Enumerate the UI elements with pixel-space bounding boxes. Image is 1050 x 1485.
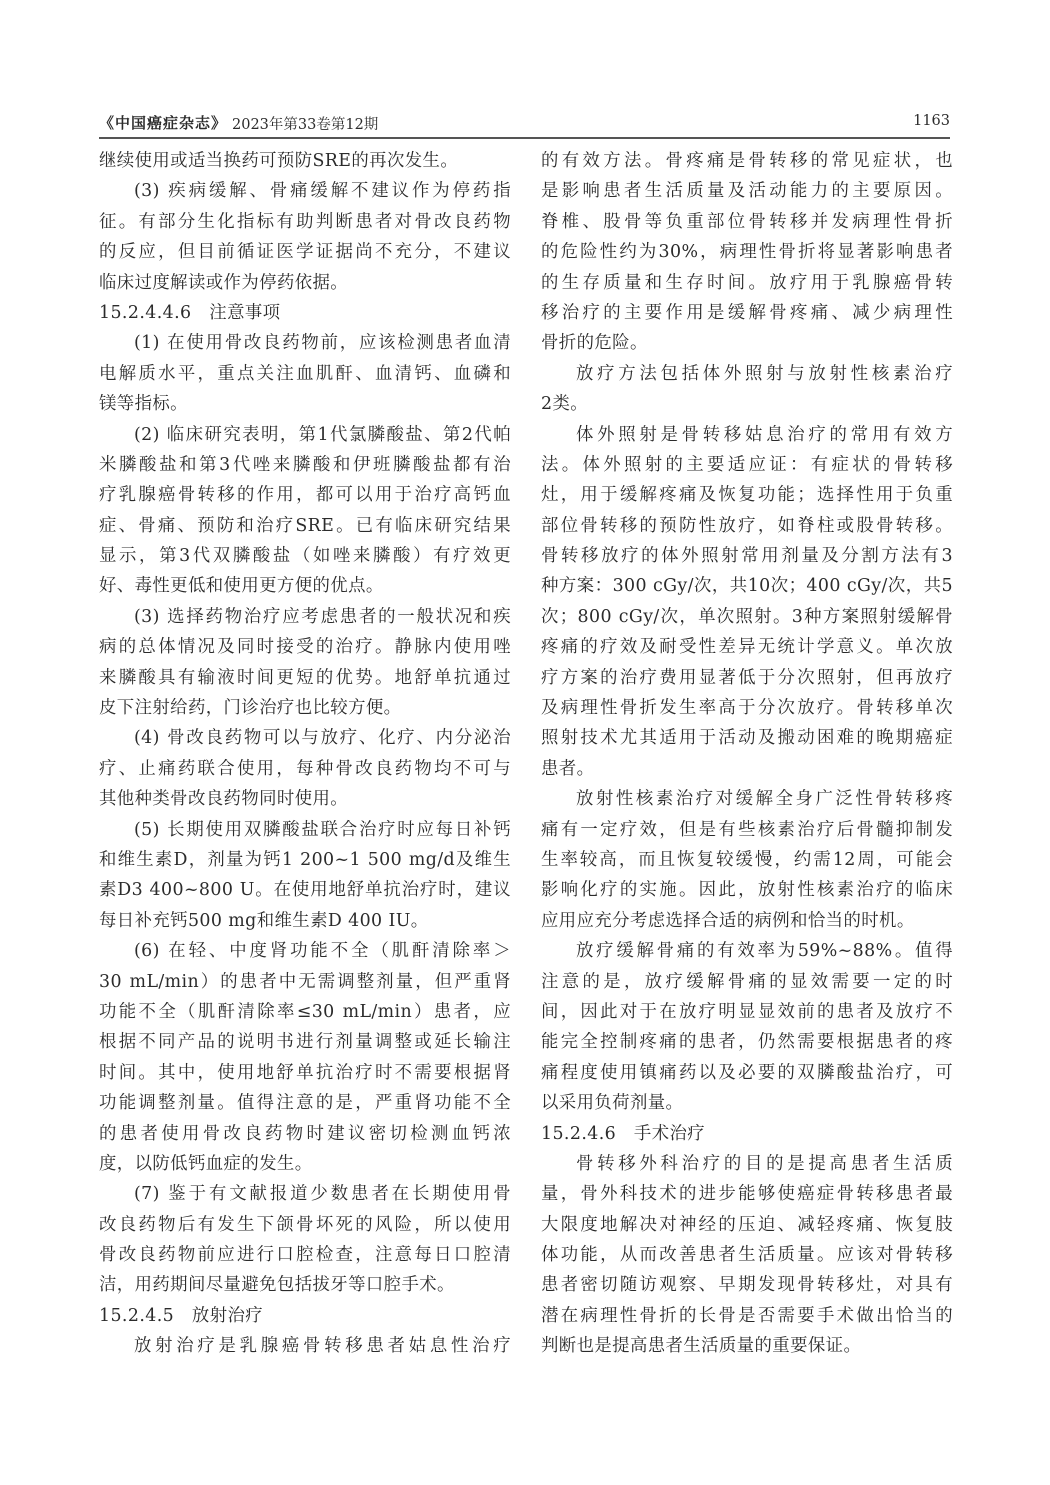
text-line: 放射治疗是乳腺癌骨转移患者姑息性治疗: [99, 1331, 511, 1361]
text-line: 的危险性约为30%，病理性骨折将显著影响患者: [541, 237, 953, 267]
text-line: 体功能，从而改善患者生活质量。应该对骨转移: [541, 1240, 953, 1270]
text-line: 洁，用药期间尽量避免包括拔牙等口腔手术。: [99, 1270, 511, 1300]
text-line: 2类。: [541, 389, 953, 419]
text-line: 功能调整剂量。值得注意的是，严重肾功能不全: [99, 1088, 511, 1118]
section-heading: 15.2.4.4.6 注意事项: [99, 298, 511, 328]
text-line: 次；800 cGy/次，单次照射。3种方案照射缓解骨: [541, 602, 953, 632]
text-line: 骨转移外科治疗的目的是提高患者生活质: [541, 1149, 953, 1179]
text-line: 疗方案的治疗费用显著低于分次照射，但再放疗: [541, 663, 953, 693]
text-line: 放射性核素治疗对缓解全身广泛性骨转移疼: [541, 784, 953, 814]
text-line: 灶，用于缓解疼痛及恢复功能；选择性用于负重: [541, 480, 953, 510]
text-line: 法。体外照射的主要适应证：有症状的骨转移: [541, 450, 953, 480]
text-line: 放疗方法包括体外照射与放射性核素治疗: [541, 359, 953, 389]
header-rule: [99, 137, 950, 139]
running-header: 《中国癌症杂志》 2023年第33卷第12期 1163: [99, 112, 950, 134]
text-line: 疗、止痛药联合使用，每种骨改良药物均不可与: [99, 754, 511, 784]
text-line: 种方案：300 cGy/次，共10次；400 cGy/次，共5: [541, 571, 953, 601]
text-line: 30 mL/min）的患者中无需调整剂量，但严重肾: [99, 967, 511, 997]
text-line: 素D3 400~800 U。在使用地舒单抗治疗时，建议: [99, 875, 511, 905]
text-line: 的生存质量和生存时间。放疗用于乳腺癌骨转: [541, 268, 953, 298]
text-line: 和维生素D，剂量为钙1 200~1 500 mg/d及维生: [99, 845, 511, 875]
left-column: 继续使用或适当换药可预防SRE的再次发生。(3) 疾病缓解、骨痛缓解不建议作为停…: [99, 146, 511, 1362]
text-line: 皮下注射给药，门诊治疗也比较方便。: [99, 693, 511, 723]
text-line: (3) 选择药物治疗应考虑患者的一般状况和疾: [99, 602, 511, 632]
text-line: 来膦酸具有输液时间更短的优势。地舒单抗通过: [99, 663, 511, 693]
text-line: (3) 疾病缓解、骨痛缓解不建议作为停药指: [99, 176, 511, 206]
text-line: 间，因此对于在放疗明显显效前的患者及放疗不: [541, 997, 953, 1027]
text-line: 潜在病理性骨折的长骨是否需要手术做出恰当的: [541, 1301, 953, 1331]
text-line: 脊椎、股骨等负重部位骨转移并发病理性骨折: [541, 207, 953, 237]
text-line: 患者。: [541, 754, 953, 784]
text-line: 继续使用或适当换药可预防SRE的再次发生。: [99, 146, 511, 176]
text-line: 征。有部分生化指标有助判断患者对骨改良药物: [99, 207, 511, 237]
text-line: 显示，第3代双膦酸盐（如唑来膦酸）有疗效更: [99, 541, 511, 571]
text-line: 米膦酸盐和第3代唑来膦酸和伊班膦酸盐都有治: [99, 450, 511, 480]
text-line: 时间。其中，使用地舒单抗治疗时不需要根据肾: [99, 1058, 511, 1088]
text-line: 患者密切随访观察、早期发现骨转移灶，对具有: [541, 1270, 953, 1300]
text-line: 以采用负荷剂量。: [541, 1088, 953, 1118]
text-line: 骨改良药物前应进行口腔检查，注意每日口腔清: [99, 1240, 511, 1270]
text-line: 注意的是，放疗缓解骨痛的显效需要一定的时: [541, 967, 953, 997]
text-line: 根据不同产品的说明书进行剂量调整或延长输注: [99, 1027, 511, 1057]
text-line: 能完全控制疼痛的患者，仍然需要根据患者的疼: [541, 1027, 953, 1057]
text-line: 放疗缓解骨痛的有效率为59%~88%。值得: [541, 936, 953, 966]
text-line: 生率较高，而且恢复较缓慢，约需12周，可能会: [541, 845, 953, 875]
text-line: 疗乳腺癌骨转移的作用，都可以用于治疗高钙血: [99, 480, 511, 510]
text-line: 疼痛的疗效及耐受性差异无统计学意义。单次放: [541, 632, 953, 662]
text-line: 移治疗的主要作用是缓解骨疼痛、减少病理性: [541, 298, 953, 328]
text-line: 应用应充分考虑选择合适的病例和恰当的时机。: [541, 906, 953, 936]
text-line: 是影响患者生活质量及活动能力的主要原因。: [541, 176, 953, 206]
text-line: 量，骨外科技术的进步能够使癌症骨转移患者最: [541, 1179, 953, 1209]
text-line: 每日补充钙500 mg和维生素D 400 IU。: [99, 906, 511, 936]
text-line: (2) 临床研究表明，第1代氯膦酸盐、第2代帕: [99, 420, 511, 450]
text-line: (1) 在使用骨改良药物前，应该检测患者血清: [99, 328, 511, 358]
text-line: 症、骨痛、预防和治疗SRE。已有临床研究结果: [99, 511, 511, 541]
text-line: 判断也是提高患者生活质量的重要保证。: [541, 1331, 953, 1361]
text-line: 部位骨转移的预防性放疗，如脊柱或股骨转移。: [541, 511, 953, 541]
text-line: 电解质水平，重点关注血肌酐、血清钙、血磷和: [99, 359, 511, 389]
section-heading: 15.2.4.5 放射治疗: [99, 1301, 511, 1331]
text-line: 照射技术尤其适用于活动及搬动困难的晚期癌症: [541, 723, 953, 753]
text-line: 骨转移放疗的体外照射常用剂量及分割方法有3: [541, 541, 953, 571]
text-line: 的反应，但目前循证医学证据尚不充分，不建议: [99, 237, 511, 267]
text-line: 的有效方法。骨疼痛是骨转移的常见症状，也: [541, 146, 953, 176]
text-line: 镁等指标。: [99, 389, 511, 419]
text-line: 体外照射是骨转移姑息治疗的常用有效方: [541, 420, 953, 450]
text-line: (5) 长期使用双膦酸盐联合治疗时应每日补钙: [99, 815, 511, 845]
text-line: (6) 在轻、中度肾功能不全（肌酐清除率＞: [99, 936, 511, 966]
page-number: 1163: [913, 113, 950, 129]
section-heading: 15.2.4.6 手术治疗: [541, 1119, 953, 1149]
text-line: 痛有一定疗效，但是有些核素治疗后骨髓抑制发: [541, 815, 953, 845]
right-column: 的有效方法。骨疼痛是骨转移的常见症状，也是影响患者生活质量及活动能力的主要原因。…: [541, 146, 953, 1362]
journal-title: 《中国癌症杂志》: [99, 112, 227, 133]
text-line: 及病理性骨折发生率高于分次放疗。骨转移单次: [541, 693, 953, 723]
text-line: 改良药物后有发生下颌骨坏死的风险，所以使用: [99, 1210, 511, 1240]
text-line: 影响化疗的实施。因此，放射性核素治疗的临床: [541, 875, 953, 905]
text-line: 其他种类骨改良药物同时使用。: [99, 784, 511, 814]
text-line: (7) 鉴于有文献报道少数患者在长期使用骨: [99, 1179, 511, 1209]
text-line: 度，以防低钙血症的发生。: [99, 1149, 511, 1179]
text-line: (4) 骨改良药物可以与放疗、化疗、内分泌治: [99, 723, 511, 753]
issue-info: 2023年第33卷第12期: [232, 113, 378, 134]
text-line: 大限度地解决对神经的压迫、减轻疼痛、恢复肢: [541, 1210, 953, 1240]
text-line: 的患者使用骨改良药物时建议密切检测血钙浓: [99, 1119, 511, 1149]
text-line: 好、毒性更低和使用更方便的优点。: [99, 571, 511, 601]
text-line: 骨折的危险。: [541, 328, 953, 358]
text-line: 临床过度解读或作为停药依据。: [99, 268, 511, 298]
text-line: 痛程度使用镇痛药以及必要的双膦酸盐治疗，可: [541, 1058, 953, 1088]
text-line: 功能不全（肌酐清除率≤30 mL/min）患者，应: [99, 997, 511, 1027]
text-line: 病的总体情况及同时接受的治疗。静脉内使用唑: [99, 632, 511, 662]
